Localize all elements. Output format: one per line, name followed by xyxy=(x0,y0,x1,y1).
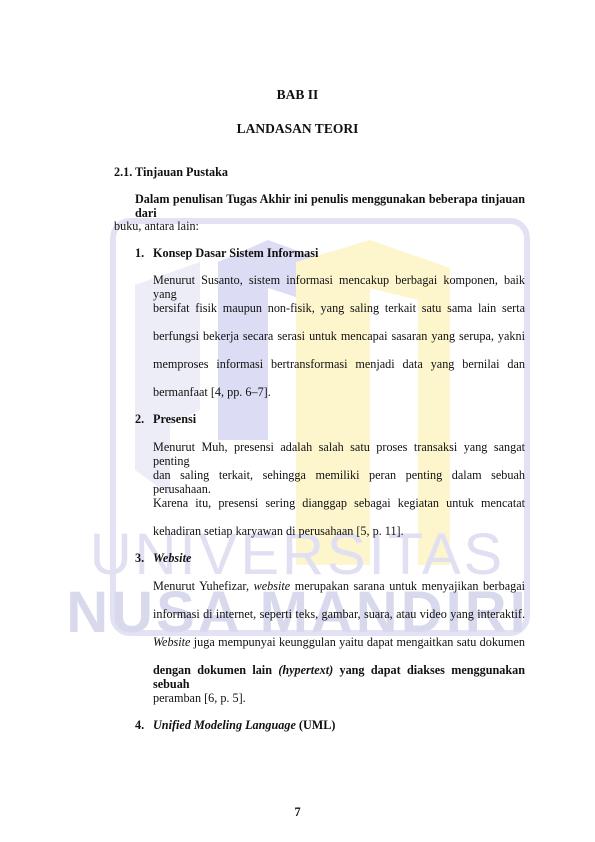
item-1-line-2: bersifat fisik maupun non-fisik, yang sa… xyxy=(153,301,525,315)
intro-line-2: buku, antara lain: xyxy=(114,219,199,233)
item-3-line-1-italic: website xyxy=(254,579,291,593)
item-3-line-4: dengan dokumen lain (hypertext) yang dap… xyxy=(153,663,525,691)
item-1-number: 1. xyxy=(135,246,144,260)
item-3-line-3-italic: Website xyxy=(153,635,190,649)
page-content: BAB II LANDASAN TEORI 2.1. Tinjauan Pust… xyxy=(0,0,595,842)
section-title: Tinjauan Pustaka xyxy=(135,165,228,179)
item-4-title: Unified Modeling Language (UML) xyxy=(153,718,335,732)
document-page: UNIVERSITAS NUSA MANDIRI BAB II LANDASAN… xyxy=(0,0,595,842)
item-2-line-4: kehadiran setiap karyawan di perusahaan … xyxy=(153,524,404,538)
item-2-line-3: Karena itu, presensi sering dianggap seb… xyxy=(153,496,525,510)
item-4-title-plain: (UML) xyxy=(299,718,336,732)
item-1-title: Konsep Dasar Sistem Informasi xyxy=(153,246,318,260)
page-number: 7 xyxy=(0,805,595,819)
item-1-line-4: memproses informasi bertransformasi menj… xyxy=(153,357,525,371)
item-2-line-2: dan saling terkait, sehingga memiliki pe… xyxy=(153,468,525,496)
item-3-line-4-italic: (hypertext) xyxy=(278,663,333,677)
item-3-title: Website xyxy=(153,551,191,565)
item-1-line-1: Menurut Susanto, sistem informasi mencak… xyxy=(153,273,525,301)
intro-line-1: Dalam penulisan Tugas Akhir ini penulis … xyxy=(135,192,525,220)
item-3-line-1: Menurut Yuhefizar, website merupakan sar… xyxy=(153,579,525,593)
item-1-line-5: bermanfaat [4, pp. 6–7]. xyxy=(153,385,271,399)
item-3-line-3: Website juga mempunyai keunggulan yaitu … xyxy=(153,635,525,649)
item-2-number: 2. xyxy=(135,412,144,426)
item-3-line-5: peramban [6, p. 5]. xyxy=(153,691,246,705)
section-heading: 2.1. Tinjauan Pustaka xyxy=(114,165,228,179)
item-2-title: Presensi xyxy=(153,412,196,426)
item-4-title-italic: Unified Modeling Language xyxy=(153,718,296,732)
chapter-heading: BAB II xyxy=(0,88,595,102)
item-3-line-3-post: juga mempunyai keunggulan yaitu dapat me… xyxy=(194,635,525,649)
section-number: 2.1. xyxy=(114,165,132,179)
item-3-line-1-post: merupakan sarana untuk menyajikan berbag… xyxy=(295,579,525,593)
item-3-line-4-pre: dengan dokumen lain xyxy=(153,663,272,677)
chapter-title: LANDASAN TEORI xyxy=(0,122,595,136)
item-3-line-2: informasi di internet, seperti teks, gam… xyxy=(153,607,525,621)
item-2-line-1: Menurut Muh, presensi adalah salah satu … xyxy=(153,440,525,468)
item-1-line-3: berfungsi bekerja secara serasi untuk me… xyxy=(153,329,525,343)
item-3-number: 3. xyxy=(135,551,144,565)
item-4-number: 4. xyxy=(135,718,144,732)
item-3-line-1-pre: Menurut Yuhefizar, xyxy=(153,579,249,593)
